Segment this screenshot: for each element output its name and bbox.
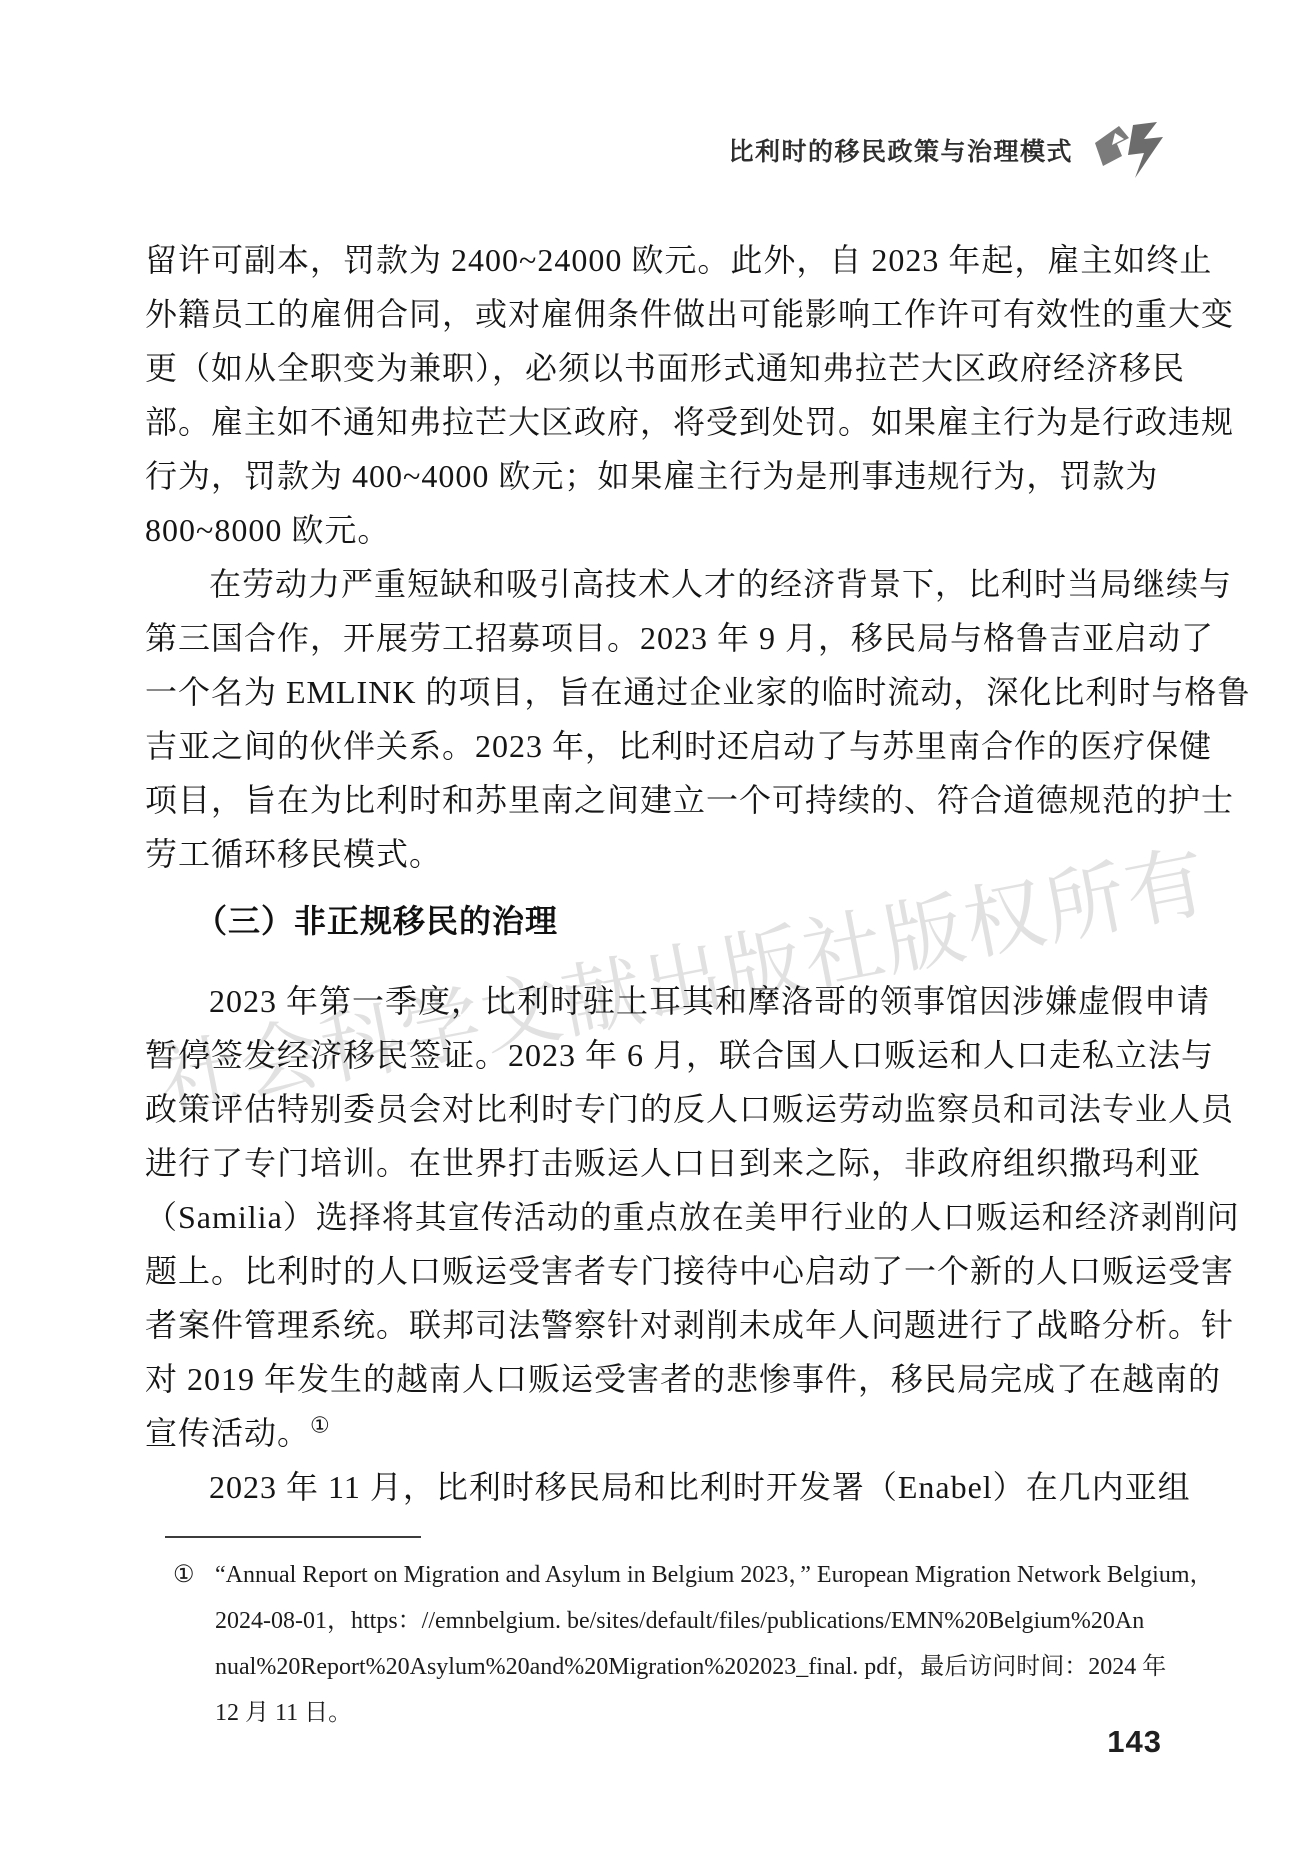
footnote-line: “Annual Report on Migration and Asylum i… — [145, 1552, 1161, 1598]
text-line: 暂停签发经济移民签证。2023 年 6 月，联合国人口贩运和人口走私立法与 — [145, 1028, 1161, 1082]
text-line: 吉亚之间的伙伴关系。2023 年，比利时还启动了与苏里南合作的医疗保健 — [145, 719, 1161, 773]
footnote-line: 2024-08-01，https：//emnbelgium. be/sites/… — [145, 1598, 1161, 1644]
footnote-reference: ① — [310, 1412, 331, 1437]
main-text: 留许可副本，罚款为 2400~24000 欧元。此外，自 2023 年起，雇主如… — [145, 233, 1161, 1514]
text-line: 部。雇主如不通知弗拉芒大区政府，将受到处罚。如果雇主行为是行政违规 — [145, 395, 1161, 449]
footnote-line: nual%20Report%20Asylum%20and%20Migration… — [145, 1644, 1161, 1690]
text-line: 在劳动力严重短缺和吸引高技术人才的经济背景下，比利时当局继续与 — [145, 557, 1161, 611]
text-line: 2023 年第一季度，比利时驻土耳其和摩洛哥的领事馆因涉嫌虚假申请 — [145, 974, 1161, 1028]
publisher-logo-icon — [1093, 121, 1165, 179]
footnote-line: 12 月 11 日。 — [145, 1690, 1161, 1736]
text-line: 一个名为 EMLINK 的项目，旨在通过企业家的临时流动，深化比利时与格鲁 — [145, 665, 1161, 719]
text-line: 更（如从全职变为兼职），必须以书面形式通知弗拉芒大区政府经济移民 — [145, 341, 1161, 395]
text-line: 劳工循环移民模式。 — [145, 827, 1161, 881]
footnote: ① “Annual Report on Migration and Asylum… — [145, 1552, 1161, 1736]
page-header: 比利时的移民政策与治理模式 — [728, 118, 1165, 182]
book-page: 比利时的移民政策与治理模式 社会科学文献出版社版权所有 留许可副本，罚款为 24… — [0, 0, 1298, 1874]
text-line: 留许可副本，罚款为 2400~24000 欧元。此外，自 2023 年起，雇主如… — [145, 233, 1161, 287]
text-line: （Samilia）选择将其宣传活动的重点放在美甲行业的人口贩运和经济剥削问 — [145, 1190, 1161, 1244]
text-line: 进行了专门培训。在世界打击贩运人口日到来之际，非政府组织撒玛利亚 — [145, 1136, 1161, 1190]
text-line: 宣传活动。① — [145, 1406, 1161, 1460]
section-heading: （三）非正规移民的治理 — [145, 894, 1161, 948]
text-line: 行为，罚款为 400~4000 欧元；如果雇主行为是刑事违规行为，罚款为 — [145, 449, 1161, 503]
text-line: 题上。比利时的人口贩运受害者专门接待中心启动了一个新的人口贩运受害 — [145, 1244, 1161, 1298]
text-line: 政策评估特别委员会对比利时专门的反人口贩运劳动监察员和司法专业人员 — [145, 1082, 1161, 1136]
text-line: 对 2019 年发生的越南人口贩运受害者的悲惨事件，移民局完成了在越南的 — [145, 1352, 1161, 1406]
text-line: 800~8000 欧元。 — [145, 503, 1161, 557]
text-line: 第三国合作，开展劳工招募项目。2023 年 9 月，移民局与格鲁吉亚启动了 — [145, 611, 1161, 665]
footnote-divider — [165, 1536, 421, 1538]
text-line-fragment: 宣传活动。 — [145, 1415, 310, 1451]
text-line: 外籍员工的雇佣合同，或对雇佣条件做出可能影响工作许可有效性的重大变 — [145, 287, 1161, 341]
text-line: 者案件管理系统。联邦司法警察针对剥削未成年人问题进行了战略分析。针 — [145, 1298, 1161, 1352]
running-head-title: 比利时的移民政策与治理模式 — [728, 132, 1073, 168]
text-line: 2023 年 11 月，比利时移民局和比利时开发署（Enabel）在几内亚组 — [145, 1460, 1161, 1514]
footnote-marker: ① — [173, 1552, 209, 1598]
page-number: 143 — [1107, 1722, 1162, 1762]
text-line: 项目，旨在为比利时和苏里南之间建立一个可持续的、符合道德规范的护士 — [145, 773, 1161, 827]
